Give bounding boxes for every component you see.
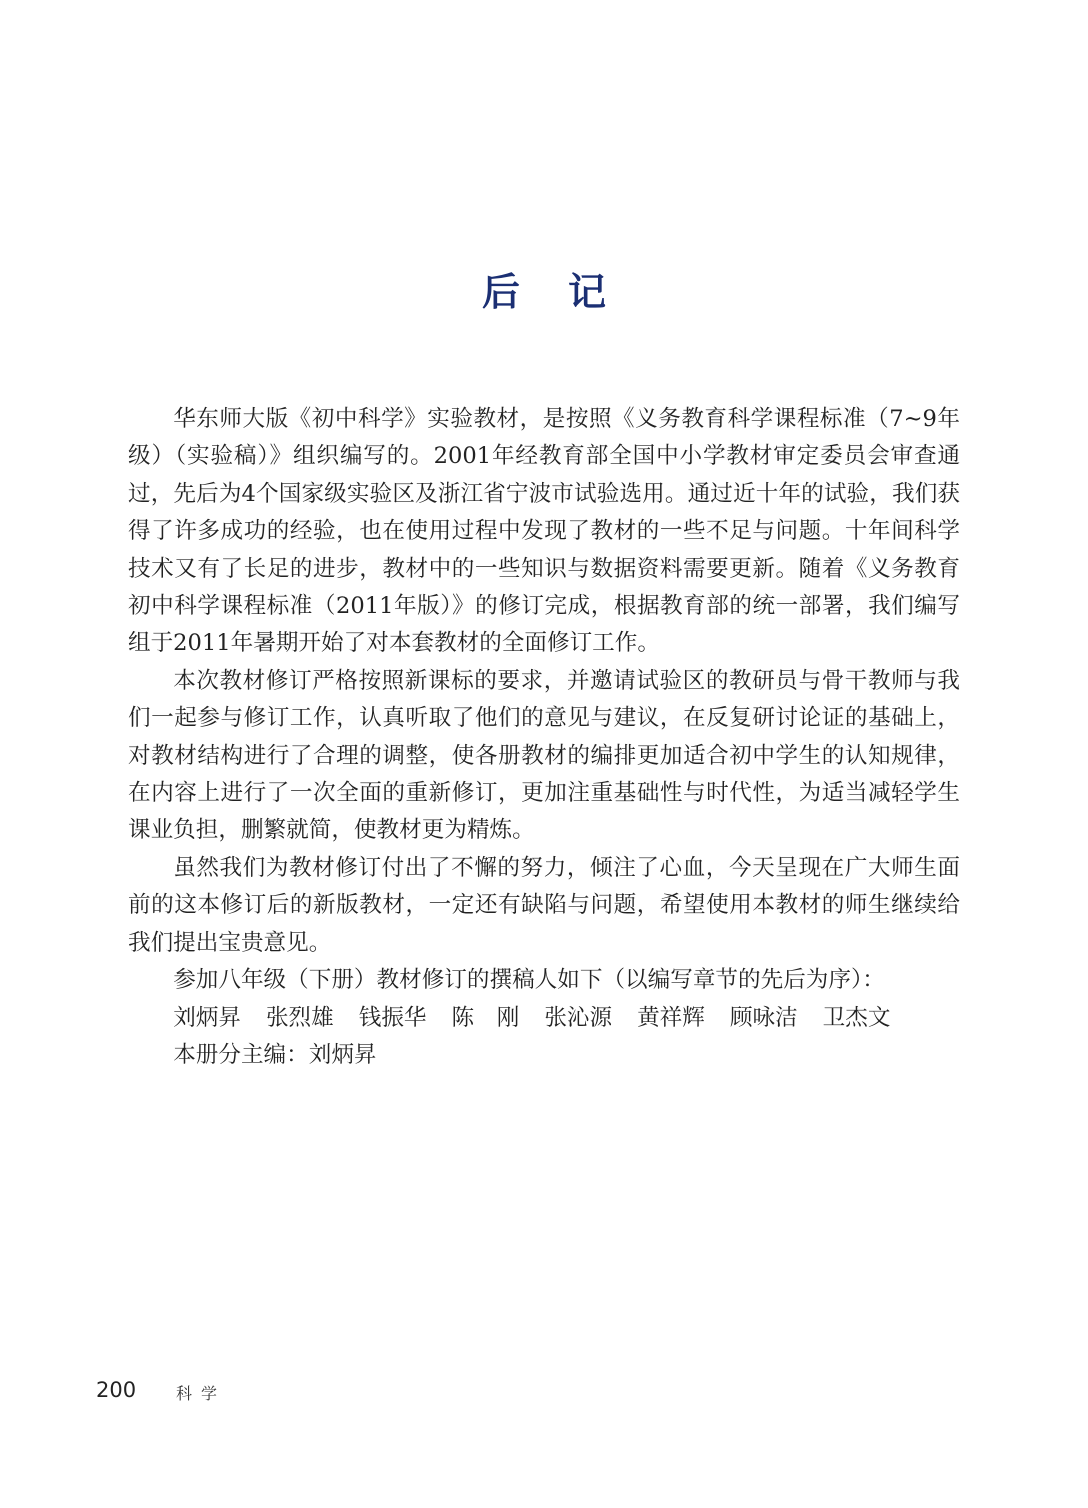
page-number: 200 xyxy=(96,1378,136,1402)
contributor-name: 刘炳昇 xyxy=(173,1000,241,1037)
contributor-name: 卫杰文 xyxy=(823,1000,891,1037)
contributors-intro: 参加八年级（下册）教材修订的撰稿人如下（以编写章节的先后为序）： xyxy=(128,962,960,999)
paragraph-2: 本次教材修订严格按照新课标的要求，并邀请试验区的教研员与骨干教师与我们一起参与修… xyxy=(128,663,960,850)
contributor-name: 顾咏洁 xyxy=(730,1000,798,1037)
contributor-name: 陈 刚 xyxy=(452,1000,520,1037)
running-footer-title: 科学 xyxy=(176,1381,226,1404)
contributor-name: 黄祥辉 xyxy=(637,1000,705,1037)
contributors-list: 刘炳昇 张烈雄 钱振华 陈 刚 张沁源 黄祥辉 顾咏洁 卫杰文 xyxy=(128,1000,960,1037)
contributor-name: 张沁源 xyxy=(544,1000,612,1037)
paragraph-1: 华东师大版《初中科学》实验教材，是按照《义务教育科学课程标准（7~9年级）（实验… xyxy=(128,401,960,663)
contributor-name: 钱振华 xyxy=(359,1000,427,1037)
afterword-body: 华东师大版《初中科学》实验教材，是按照《义务教育科学课程标准（7~9年级）（实验… xyxy=(128,401,960,1074)
page-title: 后记 xyxy=(0,262,1088,322)
chief-editor-line: 本册分主编：刘炳昇 xyxy=(128,1037,960,1074)
contributor-name: 张烈雄 xyxy=(266,1000,334,1037)
paragraph-3: 虽然我们为教材修订付出了不懈的努力，倾注了心血，今天呈现在广大师生面前的这本修订… xyxy=(128,850,960,962)
